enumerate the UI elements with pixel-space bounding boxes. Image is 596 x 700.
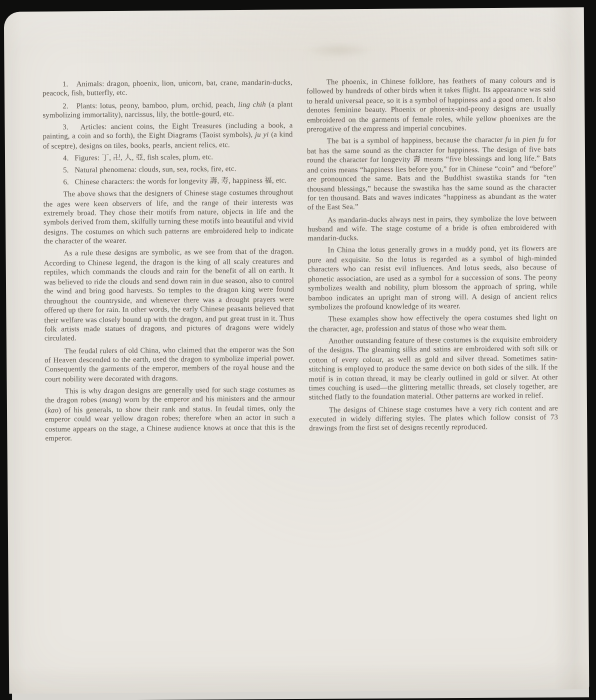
paragraph: These examples show how effectively the … — [308, 313, 557, 334]
scanned-book-page: { "page": { "background_color": "#0e0e0d… — [0, 0, 596, 700]
right-text-column: The phoenix, in Chinese folklore, has fe… — [306, 76, 558, 444]
book-page-paper: 1. Animals: dragon, phoenix, lion, unico… — [4, 7, 589, 694]
paragraph: The feudal rulers of old China, who clai… — [44, 344, 294, 384]
list-item: 5. Natural phenomena: clouds, sun, sea, … — [43, 164, 293, 175]
paragraph: The bat is a symbol of happiness, becaus… — [307, 135, 557, 213]
paragraph: This is why dragon designs are generally… — [45, 384, 295, 443]
list-item: 3. Articles: ancient coins, the Eight Tr… — [43, 121, 293, 151]
paragraph: Another outstanding feature of these cos… — [308, 334, 558, 402]
paragraph: The phoenix, in Chinese folklore, has fe… — [306, 76, 555, 135]
left-text-column: 1. Animals: dragon, phoenix, lion, unico… — [42, 78, 295, 446]
two-column-text-block: 1. Animals: dragon, phoenix, lion, unico… — [42, 76, 558, 446]
paragraph: The above shows that the designers of Ch… — [43, 188, 293, 247]
faint-smudge-mark — [304, 42, 374, 59]
list-item: 4. Figures: 丁, 卍, 人, 亞, fish scales, plu… — [43, 152, 293, 163]
paragraph: The designs of Chinese stage costumes ha… — [309, 403, 558, 433]
list-item: 2. Plants: lotus, peony, bamboo, plum, o… — [43, 99, 293, 120]
list-item: 1. Animals: dragon, phoenix, lion, unico… — [42, 78, 292, 99]
paragraph: In China the lotus generally grows in a … — [308, 244, 558, 312]
list-item: 6. Chinese characters: the words for lon… — [43, 176, 293, 187]
paragraph: As mandarin-ducks always nest in pairs, … — [307, 213, 556, 243]
paragraph: As a rule these designs are symbolic, as… — [44, 247, 295, 343]
